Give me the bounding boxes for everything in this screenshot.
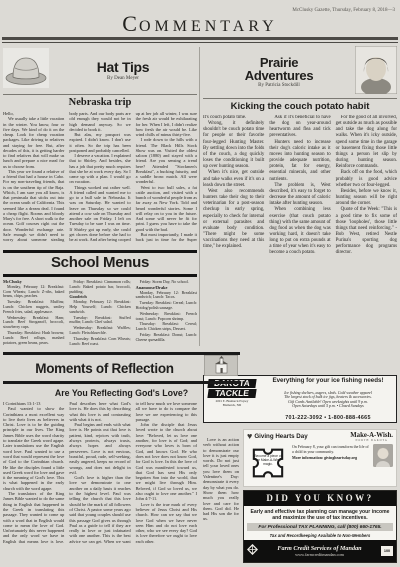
hat-tips-rule <box>3 94 197 95</box>
giving-hearts-ad: ♥ Giving Hearts Day Make-A-Wish. NORTH D… <box>243 429 397 487</box>
giving-hearts-header: ♥ Giving Hearts Day Make-A-Wish. NORTH D… <box>247 432 393 442</box>
school-menus-title: School Menus <box>51 254 149 271</box>
dakota-tackle-lines: Ice fishing shelters, augers, sleds. Col… <box>262 391 394 409</box>
menu-items-mcclusky: Monday, February 12: Breakfast: Corn Whe… <box>3 285 64 346</box>
newspaper-page: McClusky Gazette, Thursday, February 8, … <box>0 0 400 567</box>
heart-icon: ♥ <box>247 432 252 441</box>
giving-hearts-brand: Giving Hearts Day <box>254 432 307 441</box>
hat-tips-titlebox: Hat Tips By Dean Meyer <box>49 59 197 81</box>
school-menus-column-3: Friday: Storm Day, No school. Anamoose/D… <box>136 280 197 355</box>
child-photo <box>373 444 393 472</box>
prairie-adventures-header: Prairie Adventures By Patricia Stockdill <box>203 47 397 97</box>
prairie-adventures-title-line2: Adventures <box>203 69 355 82</box>
farm-credit-footer: Farm Credit Services of Mandan www.farmc… <box>244 540 396 562</box>
giving-hearts-message: On February 8, your gift can transform t… <box>292 445 371 454</box>
masthead-rule-thick <box>2 37 398 40</box>
hat-tips-title: Hat Tips <box>49 59 197 75</box>
prairie-adventures-article-body: It's couch potato time.Wrong, it definit… <box>203 115 397 373</box>
dakota-tackle-copy: Everything for your ice fishing needs! I… <box>260 376 396 422</box>
hat-tips-byline: By Dean Meyer <box>49 76 197 81</box>
menu-items-goodrich: Monday, February 12: Breakfast: Help You… <box>69 300 130 346</box>
make-a-wish-region: NORTH DAKOTA <box>350 439 393 442</box>
masthead-initial: C <box>122 11 139 36</box>
reflection-article-body-continued: Love is an action verb without action to… <box>203 437 239 557</box>
section-masthead: COMMENTARY <box>0 11 400 37</box>
school-menus-banner: School Menus <box>3 250 197 277</box>
prairie-adventures-byline: By Patricia Stockdill <box>203 83 355 88</box>
farm-credit-logo <box>247 542 258 560</box>
tax-planning-line: For Professional TAX PLANNING, call (800… <box>247 523 393 531</box>
farm-credit-website: www.farmcreditmandan.com <box>258 552 381 557</box>
giving-hearts-body: Become a piece of the Make-A-Wish magic.… <box>247 443 393 483</box>
make-a-wish-logo: Make-A-Wish. NORTH DAKOTA <box>350 432 393 442</box>
author-headshot-photo <box>355 46 397 99</box>
farm-credit-brand: Farm Credit Services of Mandan <box>258 545 381 552</box>
cowboy-hat-photo <box>3 48 49 93</box>
school-menus-column-1: McClusky Monday, February 12: Breakfast:… <box>3 280 64 355</box>
ads-column: ♥ Giving Hearts Day Make-A-Wish. NORTH D… <box>243 429 397 563</box>
masthead-rule-thin <box>2 42 398 43</box>
prairie-adventures-titlebox: Prairie Adventures By Patricia Stockdill <box>203 56 355 88</box>
dakota-tackle-phone: 701-222-3092 • 1-800-888-4665 <box>262 415 394 421</box>
school-menus-body: McClusky Monday, February 12: Breakfast:… <box>3 280 197 355</box>
moments-title: Moments of Reflection <box>5 361 204 376</box>
did-you-know-banner: DID YOU KNOW? <box>244 491 396 506</box>
hundred-years-badge: 100 <box>381 546 393 556</box>
moments-banner: Moments of Reflection <box>3 352 240 384</box>
hat-tips-article-body: Hello,We usually take a little vacation … <box>3 111 197 247</box>
giving-hearts-info: More information: givingheartsday.org <box>292 456 371 461</box>
did-you-know-message: Early and effective tax planning can man… <box>244 506 396 523</box>
menu-carryover-mcclusky: Friday: Breakfast: Cinnamon rolls; Lunch… <box>69 280 130 294</box>
dakota-tackle-headline: Everything for your ice fishing needs! <box>262 377 394 384</box>
reflection-article-body: I Corinthians 13:1-13Paul wanted to show… <box>3 401 197 561</box>
masthead-rest: OMMENTARY <box>139 18 278 35</box>
dakota-tackle-line: Open Saturdays until 5 p.m. • Closed Sun… <box>262 404 394 409</box>
make-a-wish-brand: Make-A-Wish. <box>350 432 393 439</box>
menu-items-anamoose-drake: Monday, February 12: Breakfast sandwich;… <box>136 291 197 343</box>
farm-credit-text: Farm Credit Services of Mandan www.farmc… <box>258 545 381 557</box>
hat-tips-header: Hat Tips By Dean Meyer <box>3 47 197 93</box>
couch-potato-headline: Kicking the couch potato habit <box>203 101 397 112</box>
did-you-know-ad: DID YOU KNOW? Early and effective tax pl… <box>243 490 397 563</box>
reflection-headline: Are You Reflecting God's Love? <box>3 388 240 398</box>
hat-tips-section: Hat Tips By Dean Meyer Nebraska trip Hel… <box>3 47 197 355</box>
giving-hearts-copy: On February 8, your gift can transform t… <box>289 443 373 483</box>
school-menus-column-2: Friday: Breakfast: Cinnamon rolls; Lunch… <box>69 280 130 355</box>
puzzle-text: Become a piece of the Make-A-Wish magic. <box>254 455 282 467</box>
nebraska-trip-headline: Nebraska trip <box>3 97 197 108</box>
non-members-note: Tax and Recordkeeping Available to Non-M… <box>244 531 396 540</box>
church-photo <box>204 355 238 381</box>
center-column-divider <box>199 47 200 346</box>
puzzle-piece-graphic: Become a piece of the Make-A-Wish magic. <box>247 443 289 483</box>
